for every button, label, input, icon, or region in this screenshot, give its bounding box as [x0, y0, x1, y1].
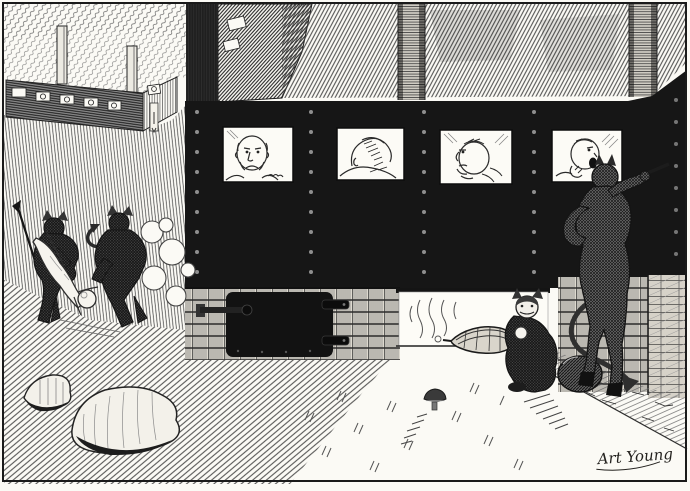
hoof: [606, 382, 623, 397]
boiler-window-1: worried bald man looking out, hand on si…: [223, 127, 293, 182]
chimney-pipe: [127, 46, 137, 96]
boiler-window-2: man with head bowed, seen from behind: [337, 128, 404, 180]
riveted-column: [629, 4, 657, 97]
riveted-column: [398, 4, 425, 100]
dark-column: [186, 4, 218, 104]
boiler-window-3: dejected heavy-jowled man in profile: [440, 130, 512, 184]
ceiling: hatched ceiling with two riveted round c…: [282, 4, 687, 100]
chimney-pipe: [57, 26, 67, 84]
illustration-canvas: Pen-and-ink cartoon of a furnace room in…: [0, 0, 690, 491]
hell-furnace-cartoon: Pen-and-ink cartoon of a furnace room in…: [0, 0, 690, 491]
corner-wall-face: [648, 275, 687, 398]
hoof: [578, 372, 595, 387]
